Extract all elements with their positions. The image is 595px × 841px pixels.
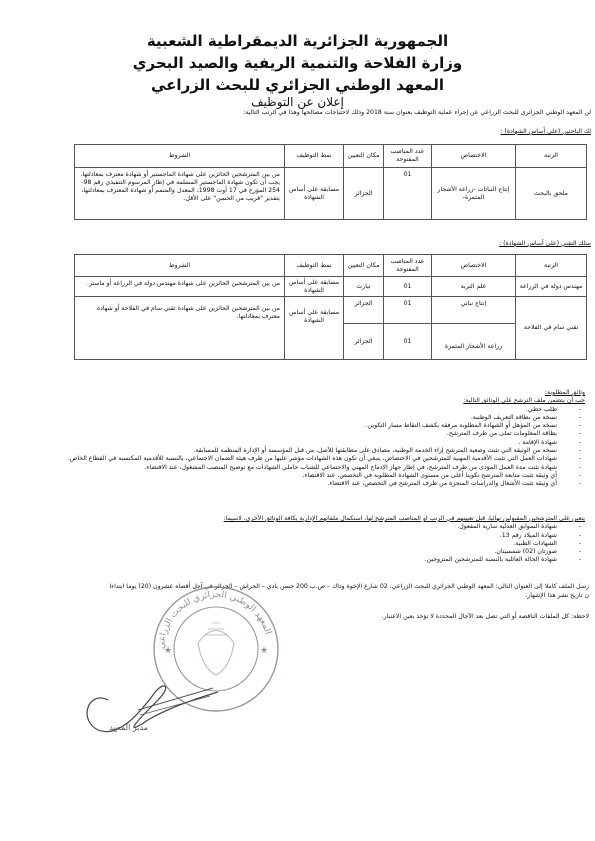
header-location: مكان التعيين [344, 255, 384, 277]
required-docs-list: طلب خطي. نسخة من بطاقة التعريف الوطنية. … [68, 406, 585, 489]
list-item: نسخة من المؤهل أو الشهادة المطلوبة مرفقة… [68, 422, 581, 430]
conditions-cell: من بين المترشحين الحائزين على شهادة مهند… [75, 277, 285, 297]
intro-paragraph: لن المعهد الوطني الجزائري للبحث الزراعي … [11, 109, 591, 116]
list-item: شهادات العمل التي تثبت الأقدمية المهنية … [68, 455, 581, 463]
technical-table: الرتبة الاختصاص عدد المناصب المفتوحة مكا… [74, 254, 587, 360]
header-specialty: الاختصاص [432, 145, 516, 168]
institute-name: المعهد الوطني الجزائري للبحث الزراعي [0, 74, 595, 96]
section-researchers-title: لك الباحثين (على أساس الشهادة) : [500, 128, 591, 135]
researchers-table: الرتبة الاختصاص عدد المناصب المفتوحة مكا… [74, 144, 587, 220]
positions-cell: 01 [384, 168, 432, 220]
header-grade: الرتبة [516, 255, 587, 277]
header-positions: عدد المناصب المفتوحة [384, 145, 432, 168]
document-header: الجمهورية الجزائرية الديمقراطية الشعبية … [0, 30, 595, 96]
note-text: لاحظة: كل الملفات الناقصة أو التي تصل بع… [382, 613, 589, 620]
location-cell: تيارت [344, 277, 384, 297]
list-item: شهادة السوابق العدلية سارية المفعول. [224, 523, 581, 531]
list-item: صورتان (02) شمسيتان. [224, 548, 581, 556]
list-item: شهادة الحالة العائلية بالنسبة للمترشحين … [224, 556, 581, 564]
mode-cell: مسابقة على أساس الشهادة [285, 297, 344, 360]
list-item: شهادة الإقامة . [68, 439, 581, 447]
header-conditions: الشروط [75, 255, 285, 277]
signature-icon: مدير المعهد [78, 660, 218, 750]
table-row: مهندس دولة في الزراعة علم التربة 01 تيار… [75, 277, 587, 297]
location-cell: الجزائر [344, 297, 384, 324]
svg-text:★: ★ [164, 646, 172, 656]
header-specialty: الاختصاص [432, 255, 516, 277]
grade-cell: تقني سام في الفلاحة [516, 297, 587, 360]
list-item: أي وثيقة تثبت الأشغال والدراسات المنجزة … [68, 480, 581, 488]
header-mode: نمط التوظيف [285, 145, 344, 168]
submission-line-2: ن تاريخ نشر هذا الإشهار. [14, 591, 589, 600]
required-docs-subtitle: جب أن يتضمن ملف الترشح على الوثائق التال… [68, 397, 585, 405]
specialty-cell: إنتاج النباتات -زراعة الأشجار المثمرة- [432, 168, 516, 220]
conditions-cell: من بين المترشحين الحائزين على شهادة تقني… [75, 297, 285, 360]
list-item: طلب خطي. [68, 406, 581, 414]
specialty-cell: علم التربة [432, 277, 516, 297]
mode-cell: مسابقة على أساس الشهادة [285, 168, 344, 220]
submission-instructions: رسل الملف كاملا إلى العنوان التالي: المع… [14, 582, 589, 600]
table-row: ملحق بالبحث إنتاج النباتات -زراعة الأشجا… [75, 168, 587, 220]
header-grade: الرتبة [516, 145, 587, 168]
positions-cell: 01 [384, 324, 432, 360]
table-header-row: الرتبة الاختصاص عدد المناصب المفتوحة مكا… [75, 145, 587, 168]
required-documents: وثائق المطلوبة: جب أن يتضمن ملف الترشح ع… [68, 389, 585, 489]
grade-cell: ملحق بالبحث [516, 168, 587, 220]
svg-text:المعهد الوطني الجزائري للبحث ا: المعهد الوطني الجزائري للبحث الزراعي [157, 590, 273, 649]
header-positions: عدد المناصب المفتوحة [384, 255, 432, 277]
conditions-text-1: من بين المترشحين الحائزين على شهادة الما… [79, 171, 280, 179]
table-header-row: الرتبة الاختصاص عدد المناصب المفتوحة مكا… [75, 255, 587, 277]
conditions-cell: من بين المترشحين الحائزين على شهادة الما… [75, 168, 285, 220]
section-technical-title: سلك التقني (على أساس الشهادة) : [499, 240, 591, 247]
stamp-ring-text: المعهد الوطني الجزائري للبحث الزراعي [157, 590, 273, 649]
list-item: الشهادات الطبية. [224, 540, 581, 548]
submission-line-1: رسل الملف كاملا إلى العنوان التالي: المع… [14, 582, 589, 591]
final-docs-list: شهادة السوابق العدلية سارية المفعول. شها… [224, 523, 585, 564]
positions-cell: 01 [384, 297, 432, 324]
header-mode: نمط التوظيف [285, 255, 344, 277]
mode-cell: مسابقة على أساس الشهادة [285, 277, 344, 297]
list-item: شهادة تثبت مدة العمل المؤدى من طرف المتر… [68, 464, 581, 472]
republic-name: الجمهورية الجزائرية الديمقراطية الشعبية [0, 30, 595, 52]
final-docs-title: يتعين على المترشحين المقبولين نهائيا، قب… [224, 515, 585, 523]
list-item: بطاقة المعلومات تملى من طرف المترشح. [68, 430, 581, 438]
ministry-name: وزارة الفلاحة والتنمية الريفية والصيد ال… [0, 52, 595, 74]
final-documents: يتعين على المترشحين المقبولين نهائيا، قب… [224, 515, 585, 565]
location-cell: الجزائر [344, 324, 384, 360]
signature-title: مدير المعهد [109, 723, 148, 732]
header-location: مكان التعيين [344, 145, 384, 168]
specialty-cell: زراعة الأشجار المثمرة [432, 324, 516, 360]
header-conditions: الشروط [75, 145, 285, 168]
announcement-title: إعلان عن التوظيف [0, 95, 595, 109]
grade-cell: مهندس دولة في الزراعة [516, 277, 587, 297]
positions-cell: 01 [384, 277, 432, 297]
table-row: تقني سام في الفلاحة إنتاج نباتي 01 الجزا… [75, 297, 587, 324]
specialty-cell: إنتاج نباتي [432, 297, 516, 324]
svg-text:★: ★ [260, 646, 268, 656]
list-item: نسخة من بطاقة التعريف الوطنية. [68, 414, 581, 422]
conditions-text-2: يجب أن تكون شهادة الماجستير المسلمة في إ… [79, 179, 280, 203]
list-item: شهادة الميلاد رقم 13. [224, 532, 581, 540]
location-cell: الجزائر [344, 168, 384, 220]
